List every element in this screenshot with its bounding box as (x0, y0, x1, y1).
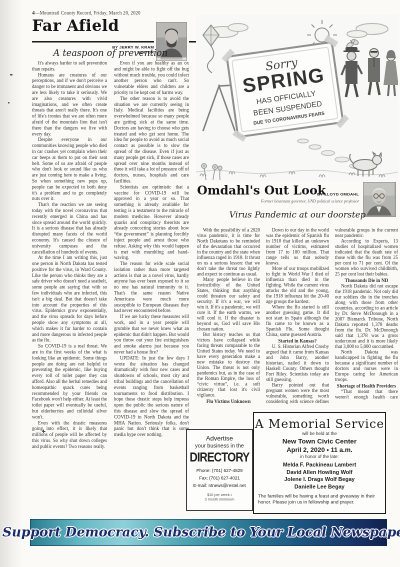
paragraph: The other reason is to avoid the situati… (114, 96, 189, 184)
memorial-footer: The families will be having a feast and … (258, 494, 381, 506)
scan-speck (8, 102, 10, 104)
subscribe-banner[interactable]: Support Democracy. Subscribe to Your Loc… (30, 519, 387, 546)
paragraph: But history teaches us that victors have… (197, 333, 260, 399)
paragraph: UPDATE: In just the few days I wrote the… (114, 356, 189, 439)
paragraph: Down to our day in the world was the epi… (266, 228, 329, 267)
directory-rate-minimum: 3 month minimum (187, 497, 252, 502)
editorial-cartoon: Sorry SPRING HAS OFFICIALLY BEEN SUSPEND… (196, 15, 398, 181)
scan-speck (10, 74, 13, 76)
memorial-datetime: April 2, 2020 • 11 a.m. (254, 446, 385, 454)
header-rule (32, 41, 154, 43)
paragraph: Where the flu started is still another g… (266, 305, 329, 338)
paragraph: According to Experts, 13 studies of hosp… (335, 239, 398, 278)
paragraph: North Dakota did not escape the 1918 pan… (335, 284, 398, 350)
memorial-title: A Memorial Service (254, 417, 385, 431)
omdahl-article-body: With the possibility of a 2020 virus pan… (197, 228, 398, 408)
directory-fax: Fax: (701) 627-4021 (187, 475, 252, 483)
paragraph: It's always harder to sell prevention th… (32, 61, 107, 73)
memorial-subtitle: will be held at the (254, 431, 385, 436)
directory-phone: Phone: (701) 627-4829 (187, 467, 252, 475)
paragraph: The reason for wide scale social isolati… (114, 262, 189, 315)
memorial-service-ad[interactable]: A Memorial Service will be held at the N… (253, 412, 386, 514)
memorial-honor-line: in honor of the late: (254, 454, 385, 459)
memorial-venue: New Town Civic Center (254, 438, 385, 446)
subscribe-banner-text: Support Democracy. Subscribe to Your Loc… (2, 525, 400, 540)
paragraph: Many people believe in the invincibility… (197, 278, 260, 333)
paragraph: Melda F. Packineau Lambert (254, 462, 385, 469)
article-headline-teaspoon: A teaspoon of prevention (32, 48, 189, 59)
memorial-names-list: Melda F. Packineau LambertDavid Allen Ho… (254, 462, 385, 491)
masthead-line: 4—Mountrail County Record, Friday, March… (32, 10, 141, 16)
paragraph: David Allen Howling Wolf (254, 469, 385, 476)
paragraph: If we are lucky these measures will work… (114, 315, 189, 356)
paragraph: U. S. Historian Alfred Crosby argued tha… (266, 345, 329, 384)
newspaper-page: 4—Mountrail County Record, Friday, March… (0, 0, 400, 567)
paragraph: Even if you are healthy as an ox and mig… (114, 61, 189, 96)
omdahl-credit: Former lieutenant governor, UND politica… (200, 199, 359, 204)
paragraph: Humans are creatures of our perceptions,… (32, 73, 107, 138)
directory-email: E-mail: ntnews@restel.net (187, 482, 252, 490)
paragraph: Despite everyone in our communities know… (32, 138, 107, 203)
newspaper-scan: 4—Mountrail County Record, Friday, March… (0, 0, 400, 567)
paragraph: Flu Victims Unknown (197, 400, 260, 406)
omdahl-byline: BY LLOYD OMDAHL (235, 192, 359, 197)
paragraph: So COVID-19 is a real threat. We are in … (32, 344, 107, 421)
directory-ad[interactable]: Advertise your business in the DIRECTORY… (186, 429, 253, 511)
page-edge-shadow (0, 0, 23, 567)
paragraph: Even with the drastic measures going int… (32, 421, 107, 450)
directory-ad-title: DIRECTORY (187, 450, 252, 465)
far-afield-column-title: Far Afield (32, 17, 119, 35)
directory-ad-line2: your business in the (187, 443, 252, 449)
paragraph: Scientists are optimistic that a vaccine… (114, 185, 189, 262)
teaspoon-article-body: It's always harder to sell prevention th… (32, 61, 189, 514)
paragraph: That's the reaction we are seeing today … (32, 203, 107, 256)
paragraph: Jolene I. Drags Wolf Begay (254, 476, 385, 483)
paragraph: With the possibility of a 2020 virus pan… (197, 228, 260, 278)
directory-ad-line1: Advertise (187, 435, 252, 443)
paragraph: North Dakota was handicapped in fighting… (335, 350, 398, 383)
article-headline-pandemic: Virus Pandemic at our doorstep (197, 210, 398, 220)
masthead-text: —Mountrail County Record, Friday, March … (35, 11, 141, 16)
paragraph: Danielle Lee Begay (254, 483, 385, 490)
paragraph: More of our troops mobilized to fight in… (266, 267, 329, 306)
paragraph: At the time I am writing this, just one … (32, 256, 107, 344)
